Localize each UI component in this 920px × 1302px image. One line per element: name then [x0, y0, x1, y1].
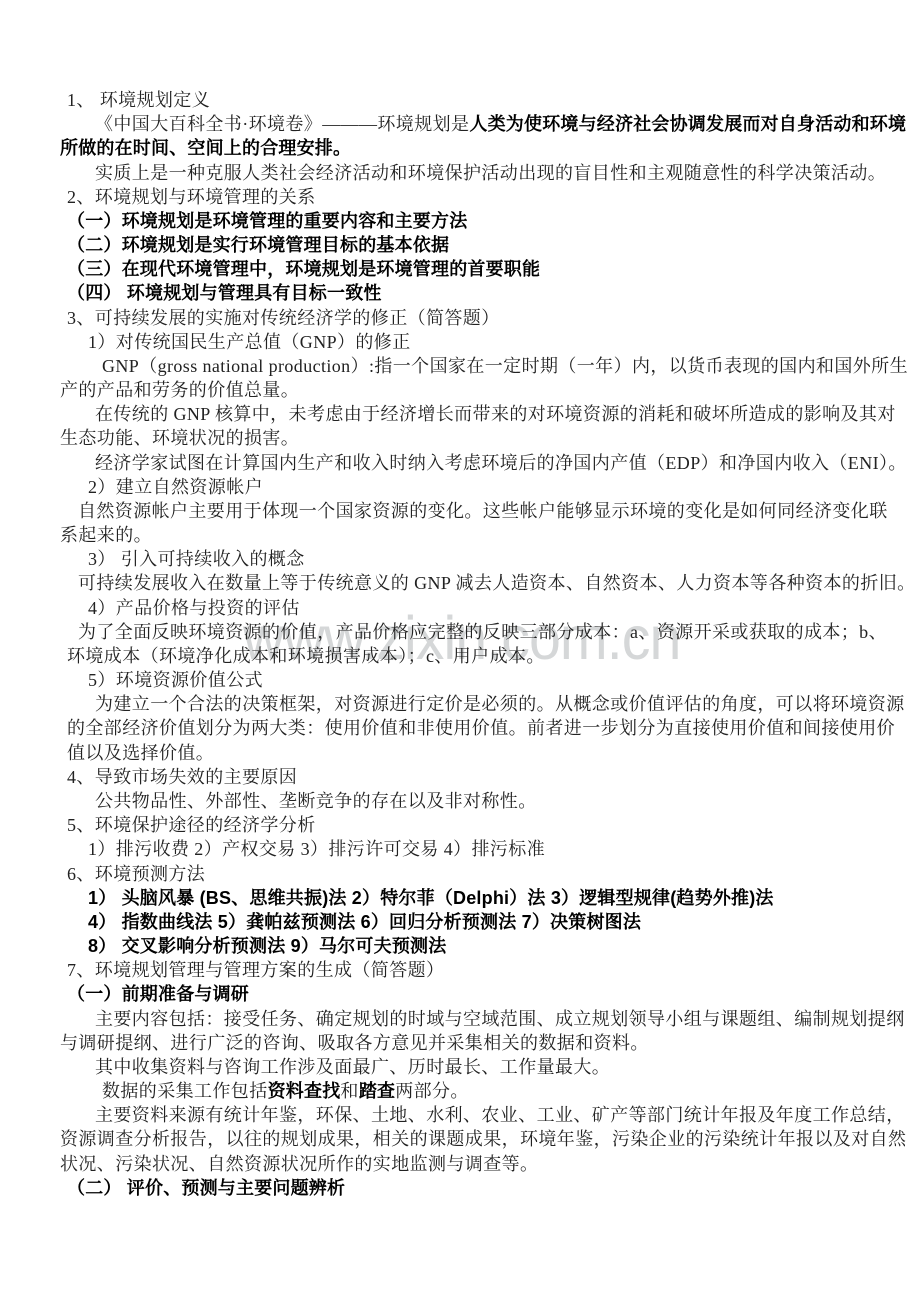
- document-page: www.zixin.com.cn 1、 环境规划定义《中国大百科全书·环境卷》—…: [0, 0, 920, 1302]
- text-line: 8） 交叉影响分析预测法 9）马尔可夫预测法: [60, 934, 920, 958]
- bold-text: 资料查找: [268, 1081, 341, 1101]
- regular-text: 6、环境预测方法: [67, 864, 205, 884]
- regular-text: 4、导致市场失效的主要原因: [67, 767, 297, 787]
- regular-text: 1）排污收费 2）产权交易 3）排污许可交易 4）排污标准: [88, 839, 545, 859]
- regular-text: 3、可持续发展的实施对传统经济学的修正（简答题）: [67, 308, 500, 328]
- text-line: 可持续发展收入在数量上等于传统意义的 GNP 减去人造资本、自然资本、人力资本等…: [60, 571, 920, 595]
- regular-text: 与调研提纲、进行广泛的咨询、吸取各方意见并采集相关的数据和资料。: [60, 1033, 649, 1053]
- text-line: 1、 环境规划定义: [60, 88, 920, 112]
- text-line: 与调研提纲、进行广泛的咨询、吸取各方意见并采集相关的数据和资料。: [60, 1031, 920, 1055]
- text-line: 《中国大百科全书·环境卷》———环境规划是人类为使环境与经济社会协调发展而对自身…: [60, 112, 920, 136]
- text-line: 自然资源帐户主要用于体现一个国家资源的变化。这些帐户能够显示环境的变化是如何同经…: [60, 499, 920, 523]
- bold-text: 4） 指数曲线法 5）龚帕兹预测法 6）回归分析预测法 7）决策树图法: [88, 912, 641, 932]
- bold-text: 人类为使环境与经济社会协调发展而对自身活动和环境: [469, 114, 906, 134]
- bold-text: （三）在现代环境管理中，环境规划是环境管理的首要职能: [67, 259, 540, 279]
- bold-text: （二）环境规划是实行环境管理目标的基本依据: [67, 235, 449, 255]
- text-line: GNP（gross national production）:指一个国家在一定时…: [60, 354, 920, 378]
- text-line: 6、环境预测方法: [60, 862, 920, 886]
- text-line: 2、环境规划与环境管理的关系: [60, 185, 920, 209]
- regular-text: 经济学家试图在计算国内生产和收入时纳入考虑环境后的净国内产值（EDP）和净国内收…: [95, 453, 907, 473]
- text-line: 5、环境保护途径的经济学分析: [60, 813, 920, 837]
- text-line: 其中收集资料与咨询工作涉及面最广、历时最长、工作量最大。: [60, 1055, 920, 1079]
- regular-text: 在传统的 GNP 核算中，未考虑由于经济增长而带来的对环境资源的消耗和破坏所造成…: [95, 404, 896, 424]
- text-line: 经济学家试图在计算国内生产和收入时纳入考虑环境后的净国内产值（EDP）和净国内收…: [60, 451, 920, 475]
- text-line: 4、导致市场失效的主要原因: [60, 765, 920, 789]
- bold-text: （二） 评价、预测与主要问题辨析: [67, 1178, 345, 1198]
- text-line: （二）环境规划是实行环境管理目标的基本依据: [60, 233, 920, 257]
- text-line: （一）前期准备与调研: [60, 982, 920, 1006]
- regular-text: 为建立一个合法的决策框架，对资源进行定价是必须的。从概念或价值评估的角度，可以将…: [95, 694, 905, 714]
- text-line: 资源调查分析报告，以往的规划成果，相关的课题成果，环境年鉴，污染企业的污染统计年…: [60, 1127, 920, 1151]
- text-line: 7、环境规划管理与管理方案的生成（简答题）: [60, 958, 920, 982]
- regular-text: 主要内容包括：接受任务、确定规划的时域与空域范围、成立规划领导小组与课题组、编制…: [95, 1009, 905, 1029]
- text-line: 4） 指数曲线法 5）龚帕兹预测法 6）回归分析预测法 7）决策树图法: [60, 910, 920, 934]
- bold-text: 8） 交叉影响分析预测法 9）马尔可夫预测法: [88, 936, 446, 956]
- regular-text: 其中收集资料与咨询工作涉及面最广、历时最长、工作量最大。: [95, 1057, 610, 1077]
- bold-text: 踏查: [359, 1081, 395, 1101]
- regular-text: 主要资料来源有统计年鉴，环保、土地、水利、农业、工业、矿产等部门统计年报及年度工…: [95, 1105, 905, 1125]
- regular-text: 系起来的。: [60, 525, 152, 545]
- text-line: 1）对传统国民生产总值（GNP）的修正: [60, 330, 920, 354]
- text-line: 生态功能、环境状况的损害。: [60, 426, 920, 450]
- regular-text: 的全部经济价值划分为两大类：使用价值和非使用价值。前者进一步划分为直接使用价值和…: [67, 718, 895, 738]
- text-line: 状况、污染状况、自然资源状况所作的实地监测与调查等。: [60, 1152, 920, 1176]
- regular-text: 状况、污染状况、自然资源状况所作的实地监测与调查等。: [60, 1154, 538, 1174]
- text-line: （四） 环境规划与管理具有目标一致性: [60, 281, 920, 305]
- text-line: 3、可持续发展的实施对传统经济学的修正（简答题）: [60, 306, 920, 330]
- text-line: 1） 头脑风暴 (BS、思维共振)法 2）特尔菲（Delphi）法 3）逻辑型规…: [60, 886, 920, 910]
- regular-text: GNP（gross national production）:指一个国家在一定时…: [102, 356, 908, 376]
- text-line: 公共物品性、外部性、垄断竞争的存在以及非对称性。: [60, 789, 920, 813]
- bold-text: （一）环境规划是环境管理的重要内容和主要方法: [67, 211, 467, 231]
- regular-text: 1）对传统国民生产总值（GNP）的修正: [88, 332, 411, 352]
- regular-text: 自然资源帐户主要用于体现一个国家资源的变化。这些帐户能够显示环境的变化是如何同经…: [78, 501, 888, 521]
- regular-text: 环境成本（环境净化成本和环境损害成本）；c、用户成本。: [67, 646, 545, 666]
- regular-text: 实质上是一种克服人类社会经济活动和环境保护活动出现的盲目性和主观随意性的科学决策…: [95, 163, 886, 183]
- regular-text: 两部分。: [395, 1081, 469, 1101]
- regular-text: 5、环境保护途径的经济学分析: [67, 815, 316, 835]
- text-line: 数据的采集工作包括资料查找和踏查两部分。: [60, 1079, 920, 1103]
- regular-text: 为了全面反映环境资源的价值，产品价格应完整的反映三部分成本：a、资源开采或获取的…: [78, 622, 887, 642]
- regular-text: 4）产品价格与投资的评估: [88, 598, 300, 618]
- regular-text: 3） 引入可持续收入的概念: [88, 549, 305, 569]
- text-line: 值以及选择价值。: [60, 741, 920, 765]
- regular-text: 2、环境规划与环境管理的关系: [67, 187, 316, 207]
- text-line: 为了全面反映环境资源的价值，产品价格应完整的反映三部分成本：a、资源开采或获取的…: [60, 620, 920, 644]
- regular-text: 可持续发展收入在数量上等于传统意义的 GNP 减去人造资本、自然资本、人力资本等…: [78, 573, 916, 593]
- text-line: 主要资料来源有统计年鉴，环保、土地、水利、农业、工业、矿产等部门统计年报及年度工…: [60, 1103, 920, 1127]
- text-line: 所做的在时间、空间上的合理安排。: [60, 136, 920, 160]
- regular-text: 1、 环境规划定义: [67, 90, 210, 110]
- text-line: 2）建立自然资源帐户: [60, 475, 920, 499]
- text-line: 为建立一个合法的决策框架，对资源进行定价是必须的。从概念或价值评估的角度，可以将…: [60, 692, 920, 716]
- regular-text: 资源调查分析报告，以往的规划成果，相关的课题成果，环境年鉴，污染企业的污染统计年…: [60, 1129, 906, 1149]
- text-line: 系起来的。: [60, 523, 920, 547]
- text-line: （二） 评价、预测与主要问题辨析: [60, 1176, 920, 1200]
- text-line: （一）环境规划是环境管理的重要内容和主要方法: [60, 209, 920, 233]
- text-line: 3） 引入可持续收入的概念: [60, 547, 920, 571]
- bold-text: 所做的在时间、空间上的合理安排。: [60, 138, 351, 158]
- regular-text: 《中国大百科全书·环境卷》———环境规划是: [95, 114, 469, 134]
- text-line: 1）排污收费 2）产权交易 3）排污许可交易 4）排污标准: [60, 837, 920, 861]
- regular-text: 数据的采集工作包括: [102, 1081, 268, 1101]
- bold-text: （四） 环境规划与管理具有目标一致性: [67, 283, 382, 303]
- bold-text: 1） 头脑风暴 (BS、思维共振)法 2）特尔菲（Delphi）法 3）逻辑型规…: [88, 888, 774, 908]
- regular-text: 公共物品性、外部性、垄断竞争的存在以及非对称性。: [95, 791, 537, 811]
- text-line: 产的产品和劳务的价值总量。: [60, 378, 920, 402]
- text-line: 的全部经济价值划分为两大类：使用价值和非使用价值。前者进一步划分为直接使用价值和…: [60, 716, 920, 740]
- regular-text: 和: [340, 1081, 358, 1101]
- regular-text: 生态功能、环境状况的损害。: [60, 428, 299, 448]
- text-line: （三）在现代环境管理中，环境规划是环境管理的首要职能: [60, 257, 920, 281]
- regular-text: 2）建立自然资源帐户: [88, 477, 263, 497]
- text-line: 5）环境资源价值公式: [60, 668, 920, 692]
- text-line: 4）产品价格与投资的评估: [60, 596, 920, 620]
- regular-text: 7、环境规划管理与管理方案的生成（简答题）: [67, 960, 444, 980]
- document-body: 1、 环境规划定义《中国大百科全书·环境卷》———环境规划是人类为使环境与经济社…: [60, 88, 920, 1200]
- bold-text: （一）前期准备与调研: [67, 984, 249, 1004]
- text-line: 环境成本（环境净化成本和环境损害成本）；c、用户成本。: [60, 644, 920, 668]
- text-line: 实质上是一种克服人类社会经济活动和环境保护活动出现的盲目性和主观随意性的科学决策…: [60, 161, 920, 185]
- regular-text: 值以及选择价值。: [67, 743, 214, 763]
- regular-text: 产的产品和劳务的价值总量。: [60, 380, 299, 400]
- regular-text: 5）环境资源价值公式: [88, 670, 263, 690]
- text-line: 在传统的 GNP 核算中，未考虑由于经济增长而带来的对环境资源的消耗和破坏所造成…: [60, 402, 920, 426]
- text-line: 主要内容包括：接受任务、确定规划的时域与空域范围、成立规划领导小组与课题组、编制…: [60, 1007, 920, 1031]
